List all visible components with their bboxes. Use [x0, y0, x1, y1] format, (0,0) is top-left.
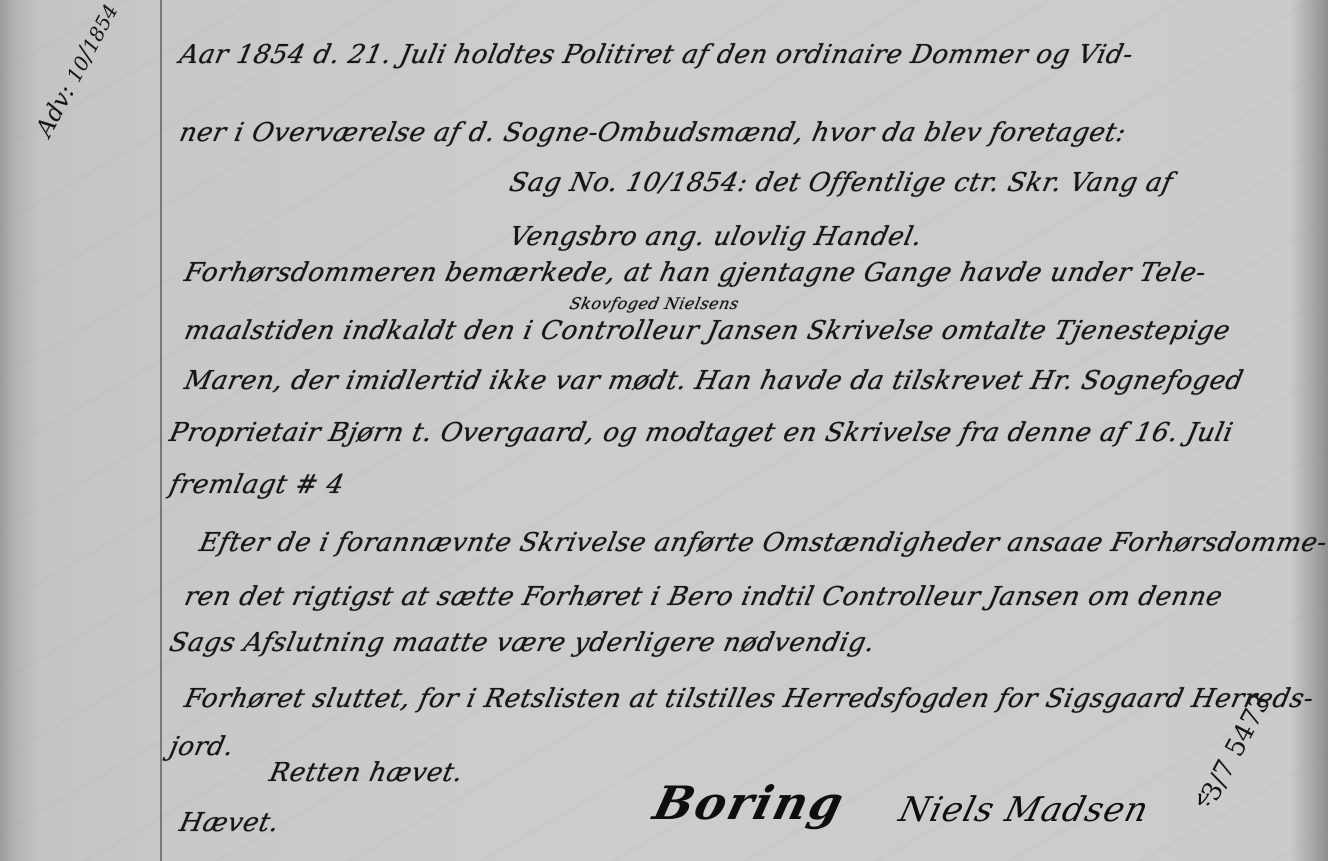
court-adjourned: Retten hævet.: [267, 758, 466, 788]
text-line-10: Efter de i forannævnte Skrivelse anførte…: [197, 528, 1328, 558]
signature-boring: Boring: [648, 776, 850, 830]
closing-word: Hævet.: [177, 808, 282, 838]
text-line-7: Maren, der imidlertid ikke var mødt. Han…: [182, 366, 1246, 396]
margin-rule: [160, 0, 162, 861]
margin-note: Adv: 10/1854: [30, 0, 123, 141]
text-line-5: Forhørsdommeren bemærkede, at han gjenta…: [182, 258, 1209, 288]
text-line-2: ner i Overværelse af d. Sogne-Ombudsmænd…: [177, 118, 1129, 148]
interlinear-insertion: Skovfoged Nielsens: [568, 294, 741, 313]
document-page: Adv: 10/1854 Aar 1854 d. 21. Juli holdte…: [0, 0, 1328, 861]
case-subject: Vengsbro ang. ulovlig Handel.: [507, 222, 925, 252]
text-line-1: Aar 1854 d. 21. Juli holdtes Politiret a…: [177, 40, 1136, 70]
text-line-8: Proprietair Bjørn t. Overgaard, og modta…: [167, 418, 1236, 448]
case-heading: Sag No. 10/1854: det Offentlige ctr. Skr…: [507, 168, 1176, 198]
text-line-11: ren det rigtigst at sætte Forhøret i Ber…: [182, 582, 1226, 612]
text-line-14: jord.: [167, 732, 237, 762]
text-line-12: Sags Afslutning maatte være yderligere n…: [167, 628, 878, 658]
text-line-13: Forhøret sluttet, for i Retslisten at ti…: [182, 684, 1317, 714]
margin-note-date-bottom: 1854: [77, 0, 122, 56]
margin-note-label: Adv:: [30, 80, 80, 141]
text-line-9: fremlagt # 4: [167, 470, 347, 500]
margin-note-date-top: 10: [62, 52, 95, 86]
text-line-6: maalstiden indkaldt den i Controlleur Ja…: [182, 316, 1233, 346]
signature-niels-madsen: Niels Madsen: [895, 790, 1153, 830]
